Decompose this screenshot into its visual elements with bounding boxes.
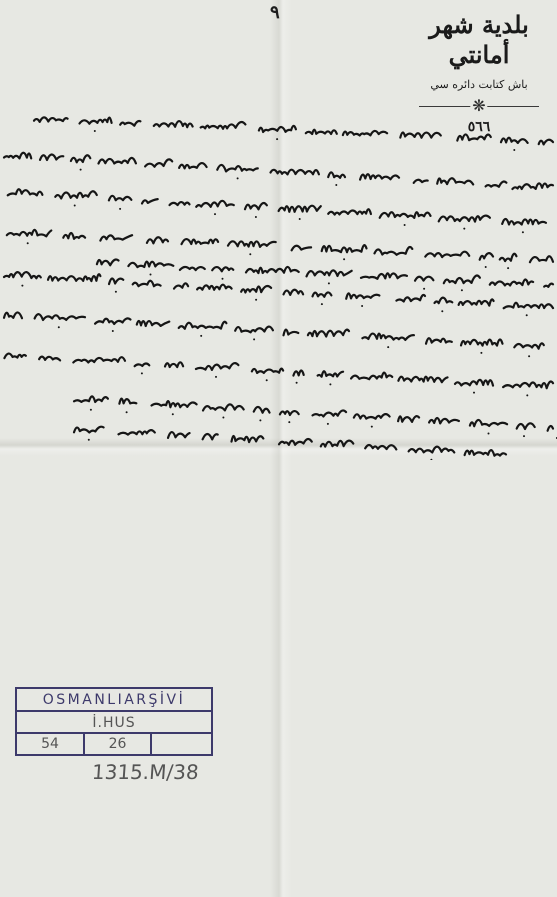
letterhead-subtitle: باش كتابت دائره سي: [409, 78, 549, 91]
letterhead-title: بلدية شهر أمانتي: [409, 10, 549, 70]
handwritten-body: [0, 100, 557, 460]
stamp-file-number: 26: [85, 734, 152, 754]
stamp-reference-row: 54 26: [17, 734, 211, 754]
catalog-note: 1315.M/38: [91, 760, 199, 784]
archive-stamp: OSMANLIARŞİVİ İ.HUS 54 26: [15, 687, 213, 756]
stamp-collection: İ.HUS: [17, 712, 211, 734]
stamp-box-number: 54: [17, 734, 85, 754]
handwriting-strokes: [0, 100, 557, 460]
stamp-title: OSMANLIARŞİVİ: [17, 689, 211, 712]
page-number: ٩: [270, 2, 280, 23]
document-page: ٩ بلدية شهر أمانتي باش كتابت دائره سي ❋ …: [0, 0, 557, 897]
stamp-empty-cell: [152, 734, 211, 754]
